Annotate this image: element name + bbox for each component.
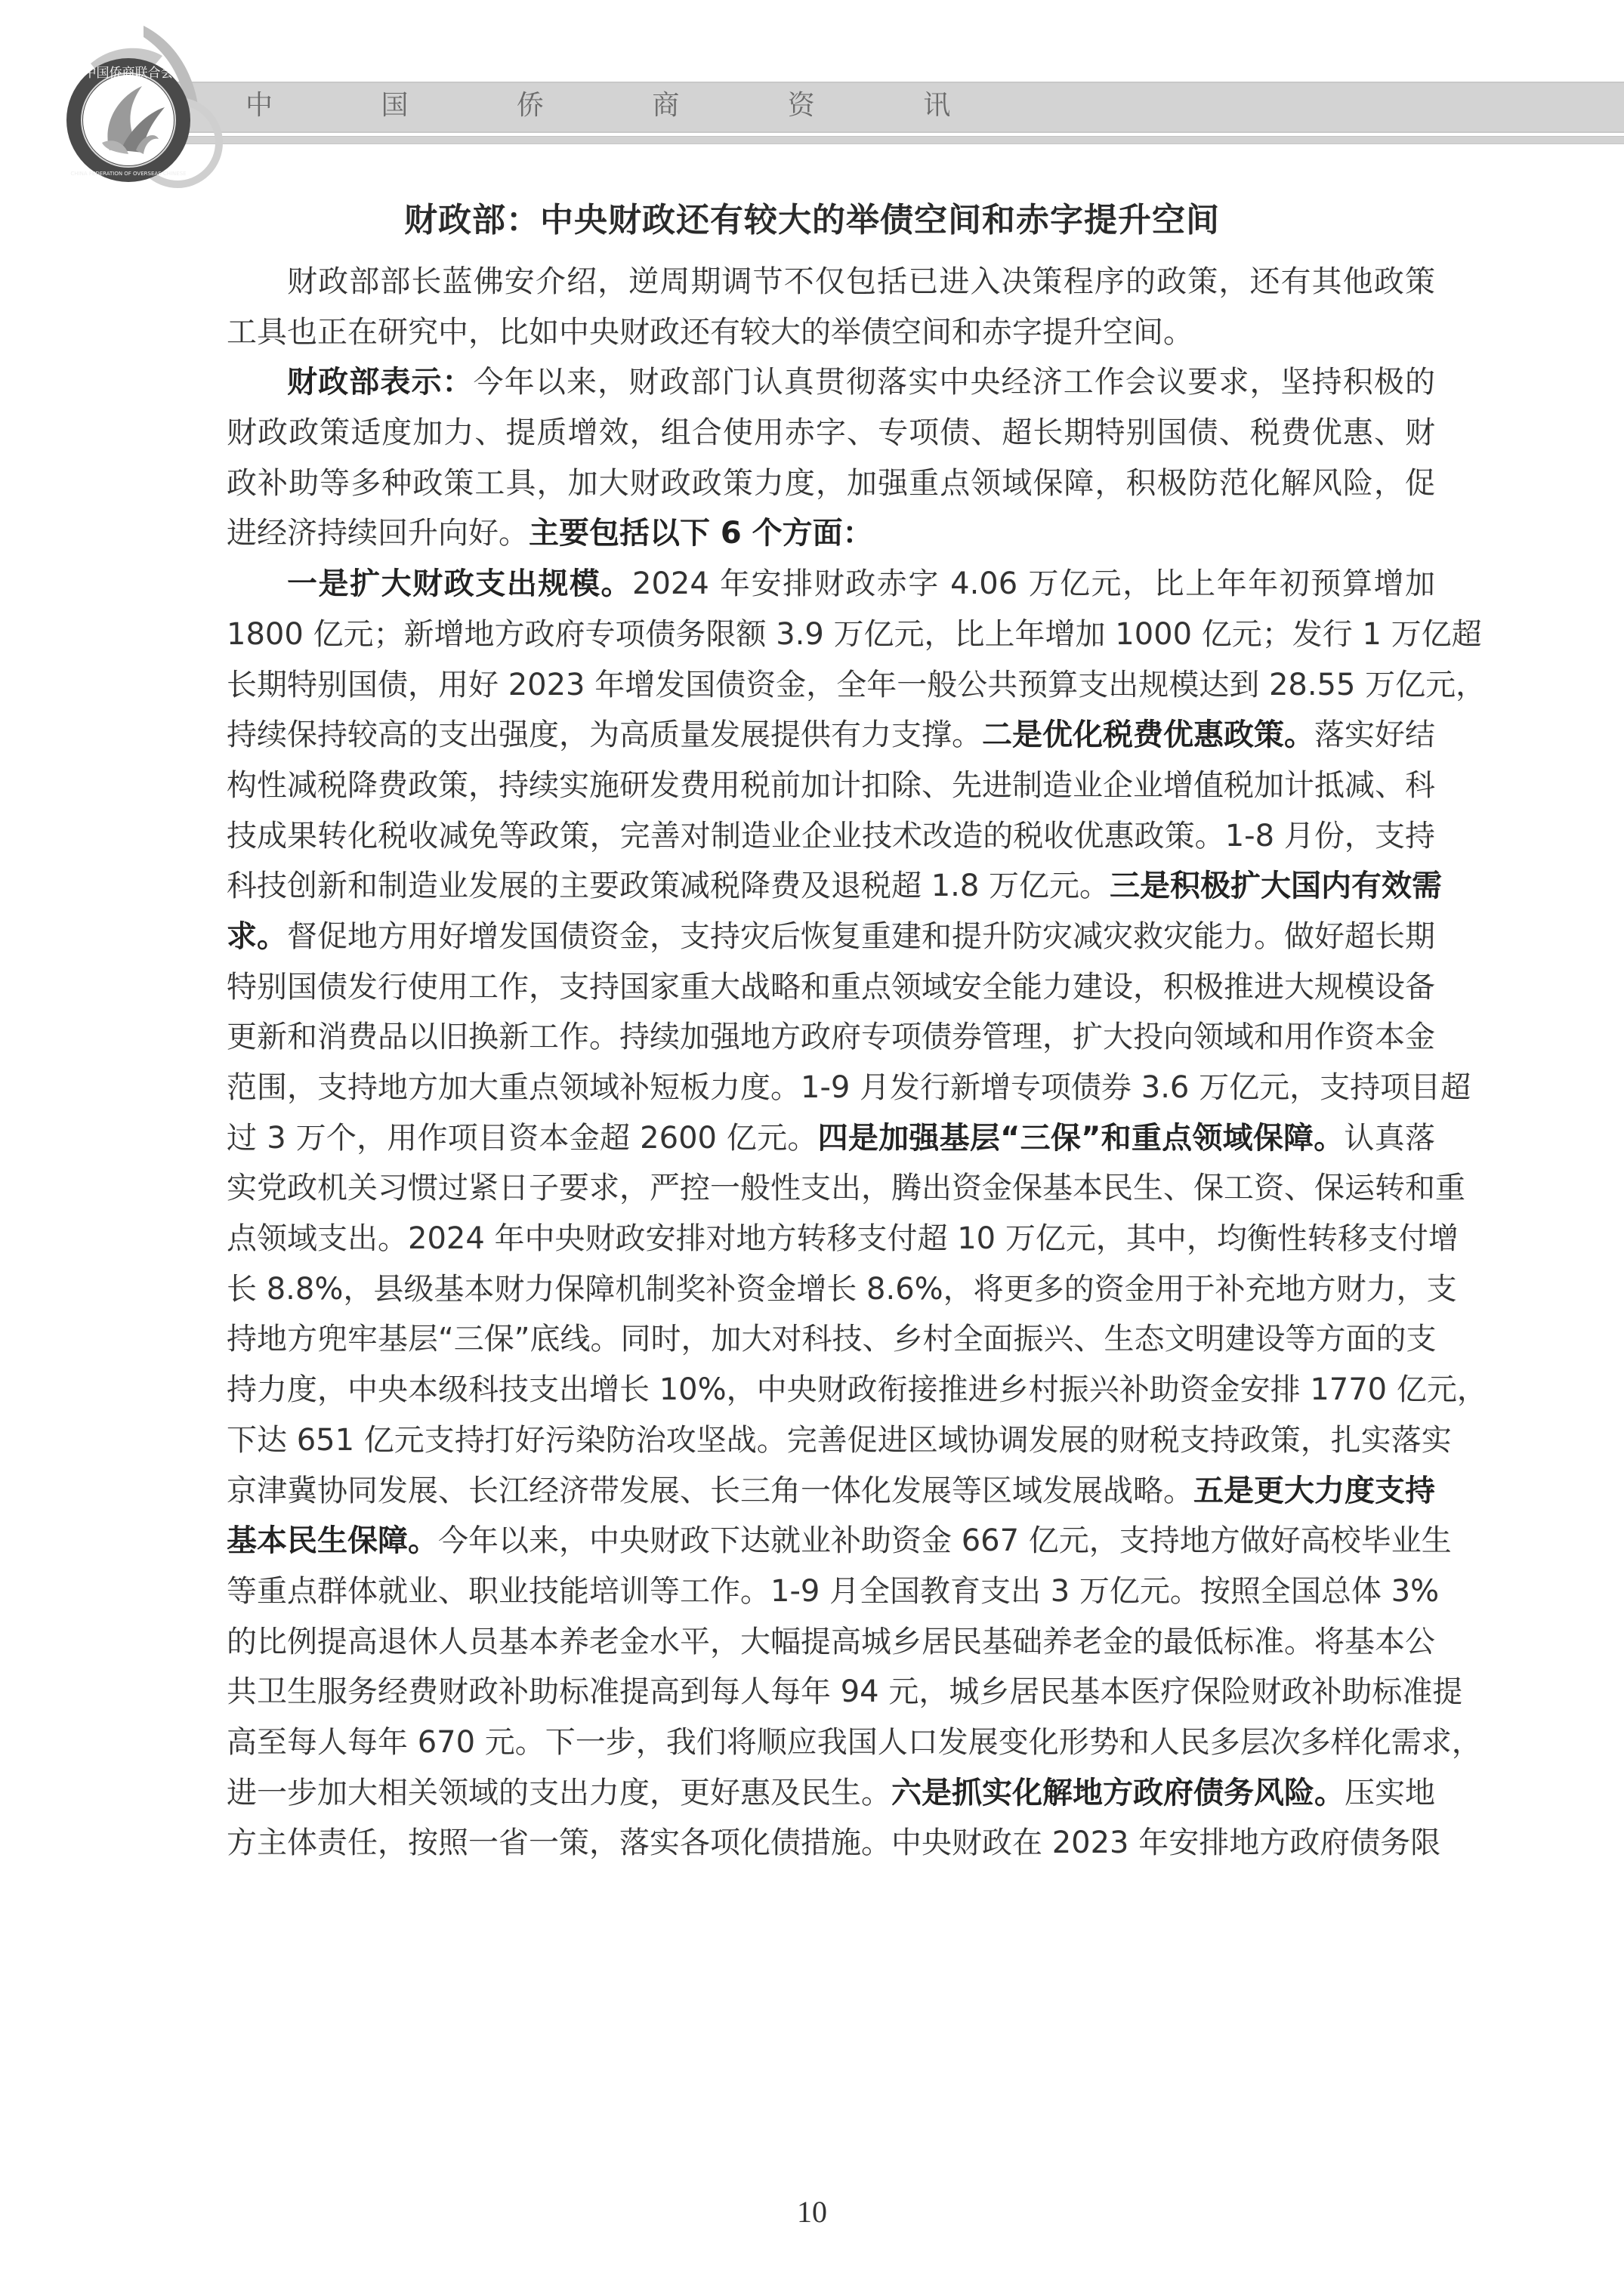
bold-text-segment: 六是抓实化解地方政府债务风险。 bbox=[891, 1776, 1345, 1810]
text-segment: 长期特别国债，用好 2023 年增发国债资金，全年一般公共预算支出规模达到 28… bbox=[227, 668, 1486, 702]
text-segment: 持续保持较高的支出强度，为高质量发展提供有力支撑。 bbox=[227, 718, 982, 752]
text-segment: 下达 651 亿元支持打好污染防治攻坚战。完善促进区域协调发展的财税支持政策，扎… bbox=[227, 1423, 1452, 1458]
bold-text-segment: 四是加强基层“三保”和重点领域保障。 bbox=[818, 1121, 1345, 1156]
publication-title: 中 国 侨 商 资 讯 bbox=[245, 86, 1000, 125]
text-line: 范围，支持地方加大重点领域补短板力度。1-9 月发行新增专项债券 3.6 万亿元… bbox=[227, 1063, 1435, 1113]
text-segment: 工具也正在研究中，比如中央财政还有较大的举债空间和赤字提升空间。 bbox=[227, 315, 1193, 350]
header-rule bbox=[106, 136, 1624, 144]
text-segment: 等重点群体就业、职业技能培训等工作。1-9 月全国教育支出 3 万亿元。按照全国… bbox=[227, 1574, 1439, 1609]
text-line: 共卫生服务经费财政补助标准提高到每人每年 94 元，城乡居民基本医疗保险财政补助… bbox=[227, 1667, 1435, 1717]
text-segment: 点领域支出。2024 年中央财政安排对地方转移支付超 10 万亿元，其中，均衡性… bbox=[227, 1221, 1459, 1256]
bold-text-segment: 求。 bbox=[227, 919, 287, 954]
text-line: 实党政机关习惯过紧日子要求，严控一般性支出，腾出资金保基本民生、保工资、保运转和… bbox=[227, 1163, 1435, 1214]
text-line: 技成果转化税收减免等政策，完善对制造业企业技术改造的税收优惠政策。1-8 月份，… bbox=[227, 811, 1435, 862]
text-segment: 认真落 bbox=[1345, 1121, 1435, 1156]
article-title: 财政部：中央财政还有较大的举债空间和赤字提升空间 bbox=[0, 198, 1624, 243]
bold-text-segment: 一是扩大财政支出规模。 bbox=[287, 566, 632, 601]
text-line: 财政政策适度加力、提质增效，组合使用赤字、专项债、超长期特别国债、税费优惠、财 bbox=[227, 408, 1435, 458]
text-segment: 技成果转化税收减免等政策，完善对制造业企业技术改造的税收优惠政策。1-8 月份，… bbox=[227, 819, 1435, 853]
text-line: 京津冀协同发展、长江经济带发展、长三角一体化发展等区域发展战略。五是更大力度支持 bbox=[227, 1466, 1435, 1517]
text-line: 方主体责任，按照一省一策，落实各项化债措施。中央财政在 2023 年安排地方政府… bbox=[227, 1818, 1435, 1869]
text-segment: 进经济持续回升向好。 bbox=[227, 516, 529, 551]
text-line: 基本民生保障。今年以来，中央财政下达就业补助资金 667 亿元，支持地方做好高校… bbox=[227, 1516, 1435, 1566]
text-line: 等重点群体就业、职业技能培训等工作。1-9 月全国教育支出 3 万亿元。按照全国… bbox=[227, 1566, 1435, 1617]
text-segment: 进一步加大相关领域的支出力度，更好惠及民生。 bbox=[227, 1776, 891, 1810]
text-segment: 共卫生服务经费财政补助标准提高到每人每年 94 元，城乡居民基本医疗保险财政补助… bbox=[227, 1674, 1462, 1709]
article-body: 财政部部长蓝佛安介绍，逆周期调节不仅包括已进入决策程序的政策，还有其他政策工具也… bbox=[227, 257, 1435, 1869]
text-segment: 京津冀协同发展、长江经济带发展、长三角一体化发展等区域发展战略。 bbox=[227, 1474, 1193, 1508]
text-segment: 方主体责任，按照一省一策，落实各项化债措施。中央财政在 2023 年安排地方政府… bbox=[227, 1825, 1440, 1860]
bold-text-segment: 财政部表示： bbox=[287, 365, 474, 400]
text-line: 特别国债发行使用工作，支持国家重大战略和重点领域安全能力建设，积极推进大规模设备 bbox=[227, 962, 1435, 1013]
bold-text-segment: 五是更大力度支持 bbox=[1193, 1474, 1435, 1508]
text-segment: 特别国债发行使用工作，支持国家重大战略和重点领域安全能力建设，积极推进大规模设备 bbox=[227, 970, 1435, 1005]
text-segment: 压实地 bbox=[1345, 1776, 1435, 1810]
text-line: 的比例提高退休人员基本养老金水平，大幅提高城乡居民基础养老金的最低标准。将基本公 bbox=[227, 1617, 1435, 1668]
text-line: 求。督促地方用好增发国债资金，支持灾后恢复重建和提升防灾减灾救灾能力。做好超长期 bbox=[227, 912, 1435, 962]
text-line: 一是扩大财政支出规模。2024 年安排财政赤字 4.06 万亿元，比上年年初预算… bbox=[227, 559, 1435, 610]
page-header: 中 国 侨 商 资 讯 中国侨商联合会 CHINA FEDERATION OF … bbox=[0, 0, 1624, 196]
text-segment: 长 8.8%，县级基本财力保障机制奖补资金增长 8.6%，将更多的资金用于补充地… bbox=[227, 1272, 1457, 1307]
text-segment: 财政政策适度加力、提质增效，组合使用赤字、专项债、超长期特别国债、税费优惠、财 bbox=[227, 415, 1435, 450]
text-line: 财政部部长蓝佛安介绍，逆周期调节不仅包括已进入决策程序的政策，还有其他政策 bbox=[227, 257, 1435, 307]
bold-text-segment: 二是优化税费优惠政策。 bbox=[982, 718, 1314, 752]
text-line: 长 8.8%，县级基本财力保障机制奖补资金增长 8.6%，将更多的资金用于补充地… bbox=[227, 1264, 1435, 1315]
text-segment: 2024 年安排财政赤字 4.06 万亿元，比上年年初预算增加 bbox=[632, 566, 1435, 601]
bold-text-segment: 三是积极扩大国内有效需 bbox=[1110, 869, 1442, 903]
text-line: 持力度，中央本级科技支出增长 10%，中央财政衔接推进乡村振兴补助资金安排 17… bbox=[227, 1365, 1435, 1415]
text-segment: 落实好结 bbox=[1314, 718, 1435, 752]
text-segment: 今年以来，财政部门认真贯彻落实中央经济工作会议要求，坚持积极的 bbox=[474, 365, 1435, 400]
text-segment: 1800 亿元；新增地方政府专项债务限额 3.9 万亿元，比上年增加 1000 … bbox=[227, 617, 1482, 652]
text-line: 进经济持续回升向好。主要包括以下 6 个方面： bbox=[227, 508, 1435, 559]
text-segment: 过 3 万个，用作项目资本金超 2600 亿元。 bbox=[227, 1121, 818, 1156]
text-line: 工具也正在研究中，比如中央财政还有较大的举债空间和赤字提升空间。 bbox=[227, 307, 1435, 358]
text-segment: 督促地方用好增发国债资金，支持灾后恢复重建和提升防灾减灾救灾能力。做好超长期 bbox=[287, 919, 1435, 954]
text-line: 高至每人每年 670 元。下一步，我们将顺应我国人口发展变化形势和人民多层次多样… bbox=[227, 1717, 1435, 1768]
text-line: 过 3 万个，用作项目资本金超 2600 亿元。四是加强基层“三保”和重点领域保… bbox=[227, 1113, 1435, 1164]
text-segment: 持力度，中央本级科技支出增长 10%，中央财政衔接推进乡村振兴补助资金安排 17… bbox=[227, 1372, 1487, 1407]
text-line: 持地方兜牢基层“三保”底线。同时，加大对科技、乡村全面振兴、生态文明建设等方面的… bbox=[227, 1314, 1435, 1365]
svg-text:中国侨商联合会: 中国侨商联合会 bbox=[84, 66, 174, 81]
text-segment: 构性减税降费政策，持续实施研发费用税前加计扣除、先进制造业企业增值税加计抵减、科 bbox=[227, 768, 1435, 803]
page-number: 10 bbox=[0, 2194, 1624, 2230]
text-segment: 实党政机关习惯过紧日子要求，严控一般性支出，腾出资金保基本民生、保工资、保运转和… bbox=[227, 1171, 1465, 1205]
text-line: 下达 651 亿元支持打好污染防治攻坚战。完善促进区域协调发展的财税支持政策，扎… bbox=[227, 1415, 1435, 1466]
text-segment: 今年以来，中央财政下达就业补助资金 667 亿元，支持地方做好高校毕业生 bbox=[438, 1523, 1452, 1558]
text-segment: 的比例提高退休人员基本养老金水平，大幅提高城乡居民基础养老金的最低标准。将基本公 bbox=[227, 1625, 1435, 1659]
text-segment: 持地方兜牢基层“三保”底线。同时，加大对科技、乡村全面振兴、生态文明建设等方面的… bbox=[227, 1322, 1436, 1356]
text-segment: 财政部部长蓝佛安介绍，逆周期调节不仅包括已进入决策程序的政策，还有其他政策 bbox=[287, 264, 1435, 299]
bold-text-segment: 基本民生保障。 bbox=[227, 1523, 438, 1558]
text-line: 构性减税降费政策，持续实施研发费用税前加计扣除、先进制造业企业增值税加计抵减、科 bbox=[227, 761, 1435, 811]
federation-emblem-icon: 中国侨商联合会 CHINA FEDERATION OF OVERSEAS CHI… bbox=[30, 11, 234, 192]
text-line: 持续保持较高的支出强度，为高质量发展提供有力支撑。二是优化税费优惠政策。落实好结 bbox=[227, 710, 1435, 761]
text-line: 更新和消费品以旧换新工作。持续加强地方政府专项债券管理，扩大投向领域和用作资本金 bbox=[227, 1012, 1435, 1063]
svg-text:CHINA FEDERATION OF OVERSEAS C: CHINA FEDERATION OF OVERSEAS CHINESE bbox=[70, 171, 186, 177]
text-line: 科技创新和制造业发展的主要政策减税降费及退税超 1.8 万亿元。三是积极扩大国内… bbox=[227, 861, 1435, 912]
text-line: 长期特别国债，用好 2023 年增发国债资金，全年一般公共预算支出规模达到 28… bbox=[227, 660, 1435, 711]
text-line: 政补助等多种政策工具，加大财政政策力度，加强重点领域保障，积极防范化解风险，促 bbox=[227, 458, 1435, 509]
text-line: 进一步加大相关领域的支出力度，更好惠及民生。六是抓实化解地方政府债务风险。压实地 bbox=[227, 1768, 1435, 1819]
text-line: 财政部表示：今年以来，财政部门认真贯彻落实中央经济工作会议要求，坚持积极的 bbox=[227, 357, 1435, 408]
bold-text-segment: 主要包括以下 6 个方面： bbox=[529, 516, 873, 551]
text-segment: 范围，支持地方加大重点领域补短板力度。1-9 月发行新增专项债券 3.6 万亿元… bbox=[227, 1070, 1471, 1105]
text-segment: 更新和消费品以旧换新工作。持续加强地方政府专项债券管理，扩大投向领域和用作资本金 bbox=[227, 1020, 1435, 1054]
text-segment: 政补助等多种政策工具，加大财政政策力度，加强重点领域保障，积极防范化解风险，促 bbox=[227, 466, 1435, 501]
text-segment: 科技创新和制造业发展的主要政策减税降费及退税超 1.8 万亿元。 bbox=[227, 869, 1110, 903]
text-line: 1800 亿元；新增地方政府专项债务限额 3.9 万亿元，比上年增加 1000 … bbox=[227, 610, 1435, 660]
text-segment: 高至每人每年 670 元。下一步，我们将顺应我国人口发展变化形势和人民多层次多样… bbox=[227, 1725, 1482, 1760]
text-line: 点领域支出。2024 年中央财政安排对地方转移支付超 10 万亿元，其中，均衡性… bbox=[227, 1214, 1435, 1264]
